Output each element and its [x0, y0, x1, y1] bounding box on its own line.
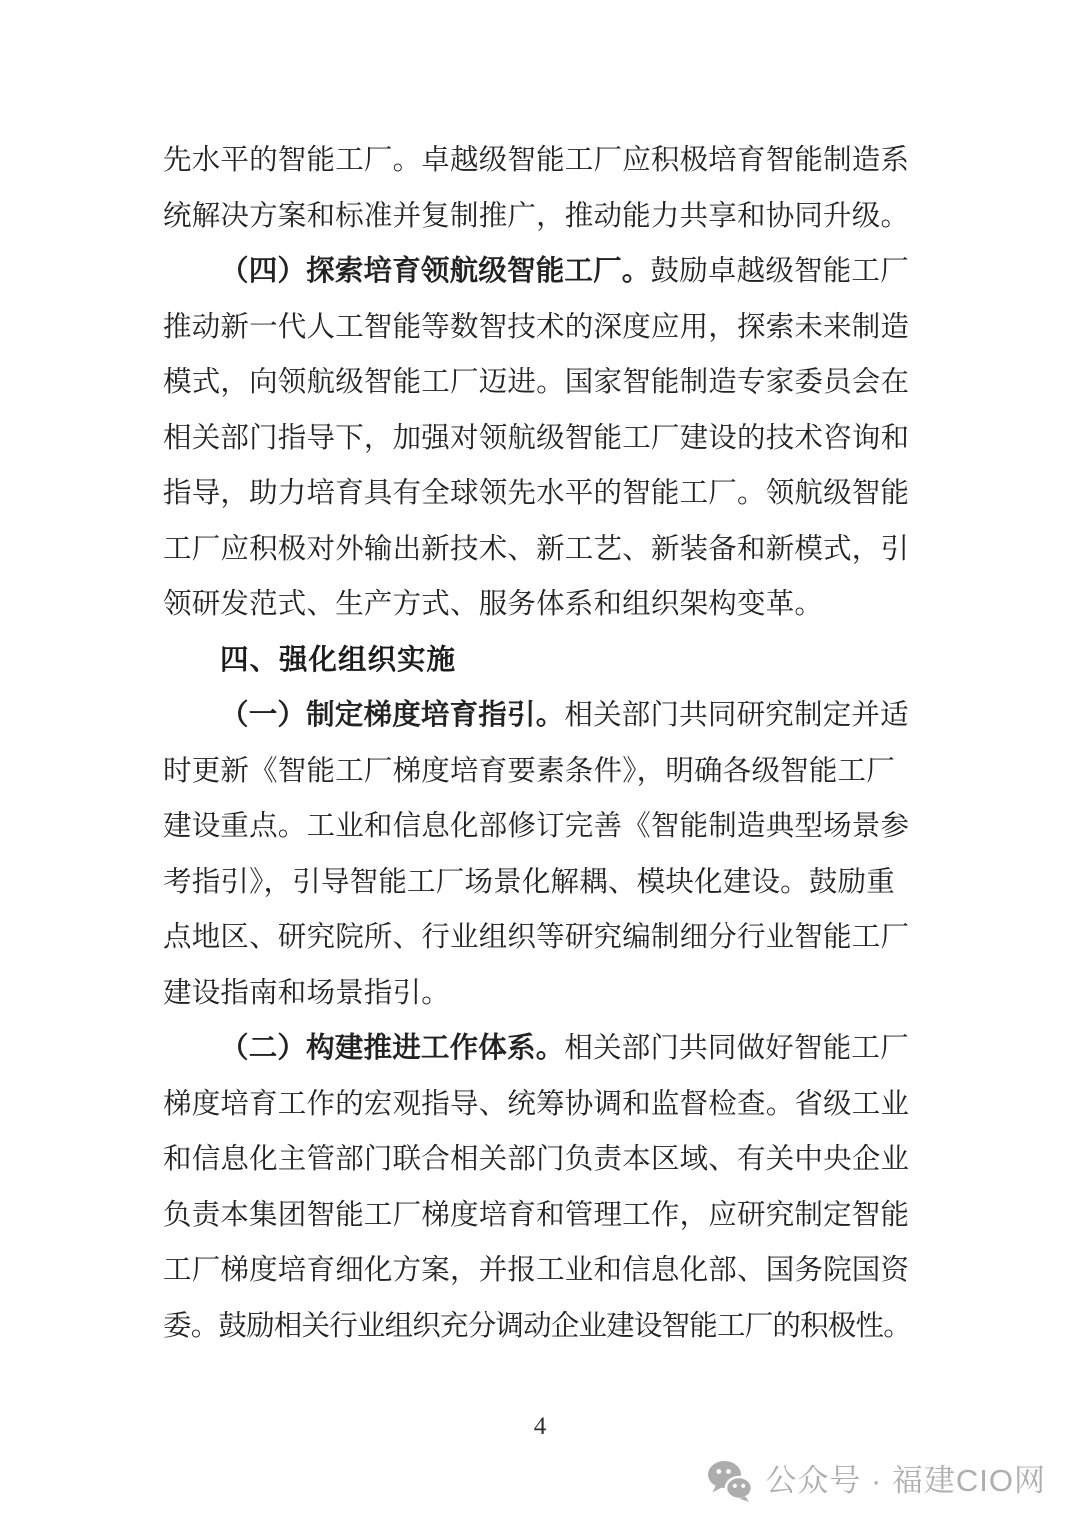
text-line: 领研发范式、生产方式、服务体系和组织架构变革。 — [163, 577, 917, 633]
text-line: 工厂应积极对外输出新技术、新工艺、新装备和新模式，引 — [163, 522, 917, 578]
text-line: 推动新一代人工智能等数智技术的深度应用，探索未来制造 — [163, 300, 917, 356]
text-line: （一）制定梯度培育指引。相关部门共同研究制定并适 — [163, 688, 917, 744]
line-text: 指导，助力培育具有全球领先水平的智能工厂。领航级智能 — [163, 478, 909, 509]
text-line: （二）构建推进工作体系。相关部门共同做好智能工厂 — [163, 1021, 917, 1077]
wechat-icon — [707, 1460, 753, 1502]
line-text: 工厂梯度培育细化方案，并报工业和信息化部、国务院国资 — [163, 1255, 909, 1286]
text-line: 时更新《智能工厂梯度培育要素条件》，明确各级智能工厂 — [163, 744, 917, 800]
line-text: 相关部门共同做好智能工厂 — [564, 1033, 908, 1064]
text-line: 和信息化主管部门联合相关部门负责本区域、有关中央企业 — [163, 1132, 917, 1188]
text-line: 建设指南和场景指引。 — [163, 966, 917, 1022]
text-line: 指导，助力培育具有全球领先水平的智能工厂。领航级智能 — [163, 466, 917, 522]
text-line: 负责本集团智能工厂梯度培育和管理工作，应研究制定智能 — [163, 1188, 917, 1244]
text-line: 先水平的智能工厂。卓越级智能工厂应积极培育智能制造系 — [163, 133, 917, 189]
heading-text: 四、强化组织实施 — [220, 644, 456, 676]
line-text: 模式，向领航级智能工厂迈进。国家智能制造专家委员会在 — [163, 367, 909, 398]
line-text: 时更新《智能工厂梯度培育要素条件》，明确各级智能工厂 — [163, 756, 895, 787]
line-text: 鼓励卓越级智能工厂 — [651, 256, 909, 287]
text-line: 点地区、研究院所、行业组织等研究编制细分行业智能工厂 — [163, 910, 917, 966]
text-line: 工厂梯度培育细化方案，并报工业和信息化部、国务院国资 — [163, 1243, 917, 1299]
line-text: 委。鼓励相关行业组织充分调动企业建设智能工厂的积极性。 — [163, 1311, 911, 1342]
text-line: 相关部门指导下，加强对领航级智能工厂建设的技术咨询和 — [163, 411, 917, 467]
line-text: 建设重点。工业和信息化部修订完善《智能制造典型场景参 — [163, 811, 909, 842]
line-text: 工厂应积极对外输出新技术、新工艺、新装备和新模式，引 — [163, 534, 909, 565]
text-line: 委。鼓励相关行业组织充分调动企业建设智能工厂的积极性。 — [163, 1299, 917, 1355]
document-page: 先水平的智能工厂。卓越级智能工厂应积极培育智能制造系 统解决方案和标准并复制推广… — [0, 0, 1080, 1527]
line-text: 考指引》，引导智能工厂场景化解耦、模块化建设。鼓励重 — [163, 867, 895, 898]
line-text: 点地区、研究院所、行业组织等研究编制细分行业智能工厂 — [163, 922, 909, 953]
text-line: 模式，向领航级智能工厂迈进。国家智能制造专家委员会在 — [163, 355, 917, 411]
paragraph-lead: （一）制定梯度培育指引。 — [220, 700, 564, 731]
line-text: 相关部门共同研究制定并适 — [564, 700, 908, 731]
line-text: 负责本集团智能工厂梯度培育和管理工作，应研究制定智能 — [163, 1200, 909, 1231]
section-heading: 四、强化组织实施 — [163, 633, 917, 689]
text-line: 梯度培育工作的宏观指导、统筹协调和监督检查。省级工业 — [163, 1077, 917, 1133]
line-text: 领研发范式、生产方式、服务体系和组织架构变革。 — [163, 589, 823, 620]
line-text: 推动新一代人工智能等数智技术的深度应用，探索未来制造 — [163, 312, 909, 343]
watermark: 公众号 · 福建CIO网 — [707, 1459, 1046, 1503]
text-line: （四）探索培育领航级智能工厂。鼓励卓越级智能工厂 — [163, 244, 917, 300]
watermark-text: 公众号 · 福建CIO网 — [765, 1459, 1046, 1503]
line-text: 统解决方案和标准并复制推广，推动能力共享和协同升级。 — [163, 201, 909, 232]
text-line: 建设重点。工业和信息化部修订完善《智能制造典型场景参 — [163, 799, 917, 855]
paragraph-lead: （二）构建推进工作体系。 — [220, 1033, 564, 1064]
document-body: 先水平的智能工厂。卓越级智能工厂应积极培育智能制造系 统解决方案和标准并复制推广… — [163, 133, 917, 1354]
text-line: 统解决方案和标准并复制推广，推动能力共享和协同升级。 — [163, 189, 917, 245]
page-number: 4 — [0, 1412, 1080, 1442]
line-text: 和信息化主管部门联合相关部门负责本区域、有关中央企业 — [163, 1144, 909, 1175]
line-text: 建设指南和场景指引。 — [163, 978, 450, 1009]
line-text: 梯度培育工作的宏观指导、统筹协调和监督检查。省级工业 — [163, 1089, 909, 1120]
text-line: 考指引》，引导智能工厂场景化解耦、模块化建设。鼓励重 — [163, 855, 917, 911]
paragraph-lead: （四）探索培育领航级智能工厂。 — [220, 256, 651, 287]
line-text: 先水平的智能工厂。卓越级智能工厂应积极培育智能制造系 — [163, 145, 909, 176]
line-text: 相关部门指导下，加强对领航级智能工厂建设的技术咨询和 — [163, 423, 909, 454]
